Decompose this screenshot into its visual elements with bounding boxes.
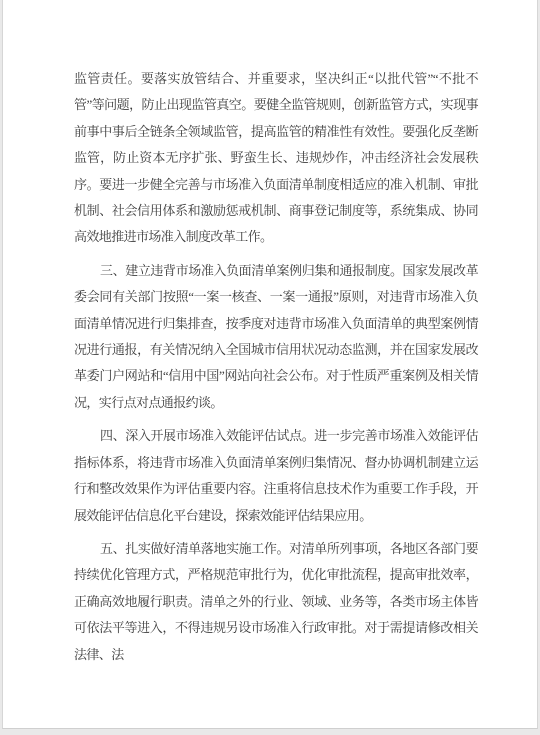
paragraph-regulation-duty: 监管责任。要落实放管结合、并重要求，坚决纠正“以批代管”“不批不管”等问题，防止… [74, 66, 478, 251]
paragraph-section-3-case-reporting: 三、建立违背市场准入负面清单案例归集和通报制度。国家发展改革委会同有关部门按照“… [74, 258, 478, 416]
paragraph-section-4-efficiency-evaluation: 四、深入开展市场准入效能评估试点。进一步完善市场准入效能评估指标体系，将违背市场… [74, 423, 478, 529]
document-viewer: 监管责任。要落实放管结合、并重要求，坚决纠正“以批代管”“不批不管”等问题，防止… [0, 0, 540, 735]
page-content: 监管责任。要落实放管结合、并重要求，坚决纠正“以批代管”“不批不管”等问题，防止… [74, 66, 478, 675]
document-page: 监管责任。要落实放管结合、并重要求，坚决纠正“以批代管”“不批不管”等问题，防止… [2, 0, 538, 729]
paragraph-section-5-list-implementation: 五、扎实做好清单落地实施工作。对清单所列事项，各地区各部门要持续优化管理方式，严… [74, 536, 478, 668]
